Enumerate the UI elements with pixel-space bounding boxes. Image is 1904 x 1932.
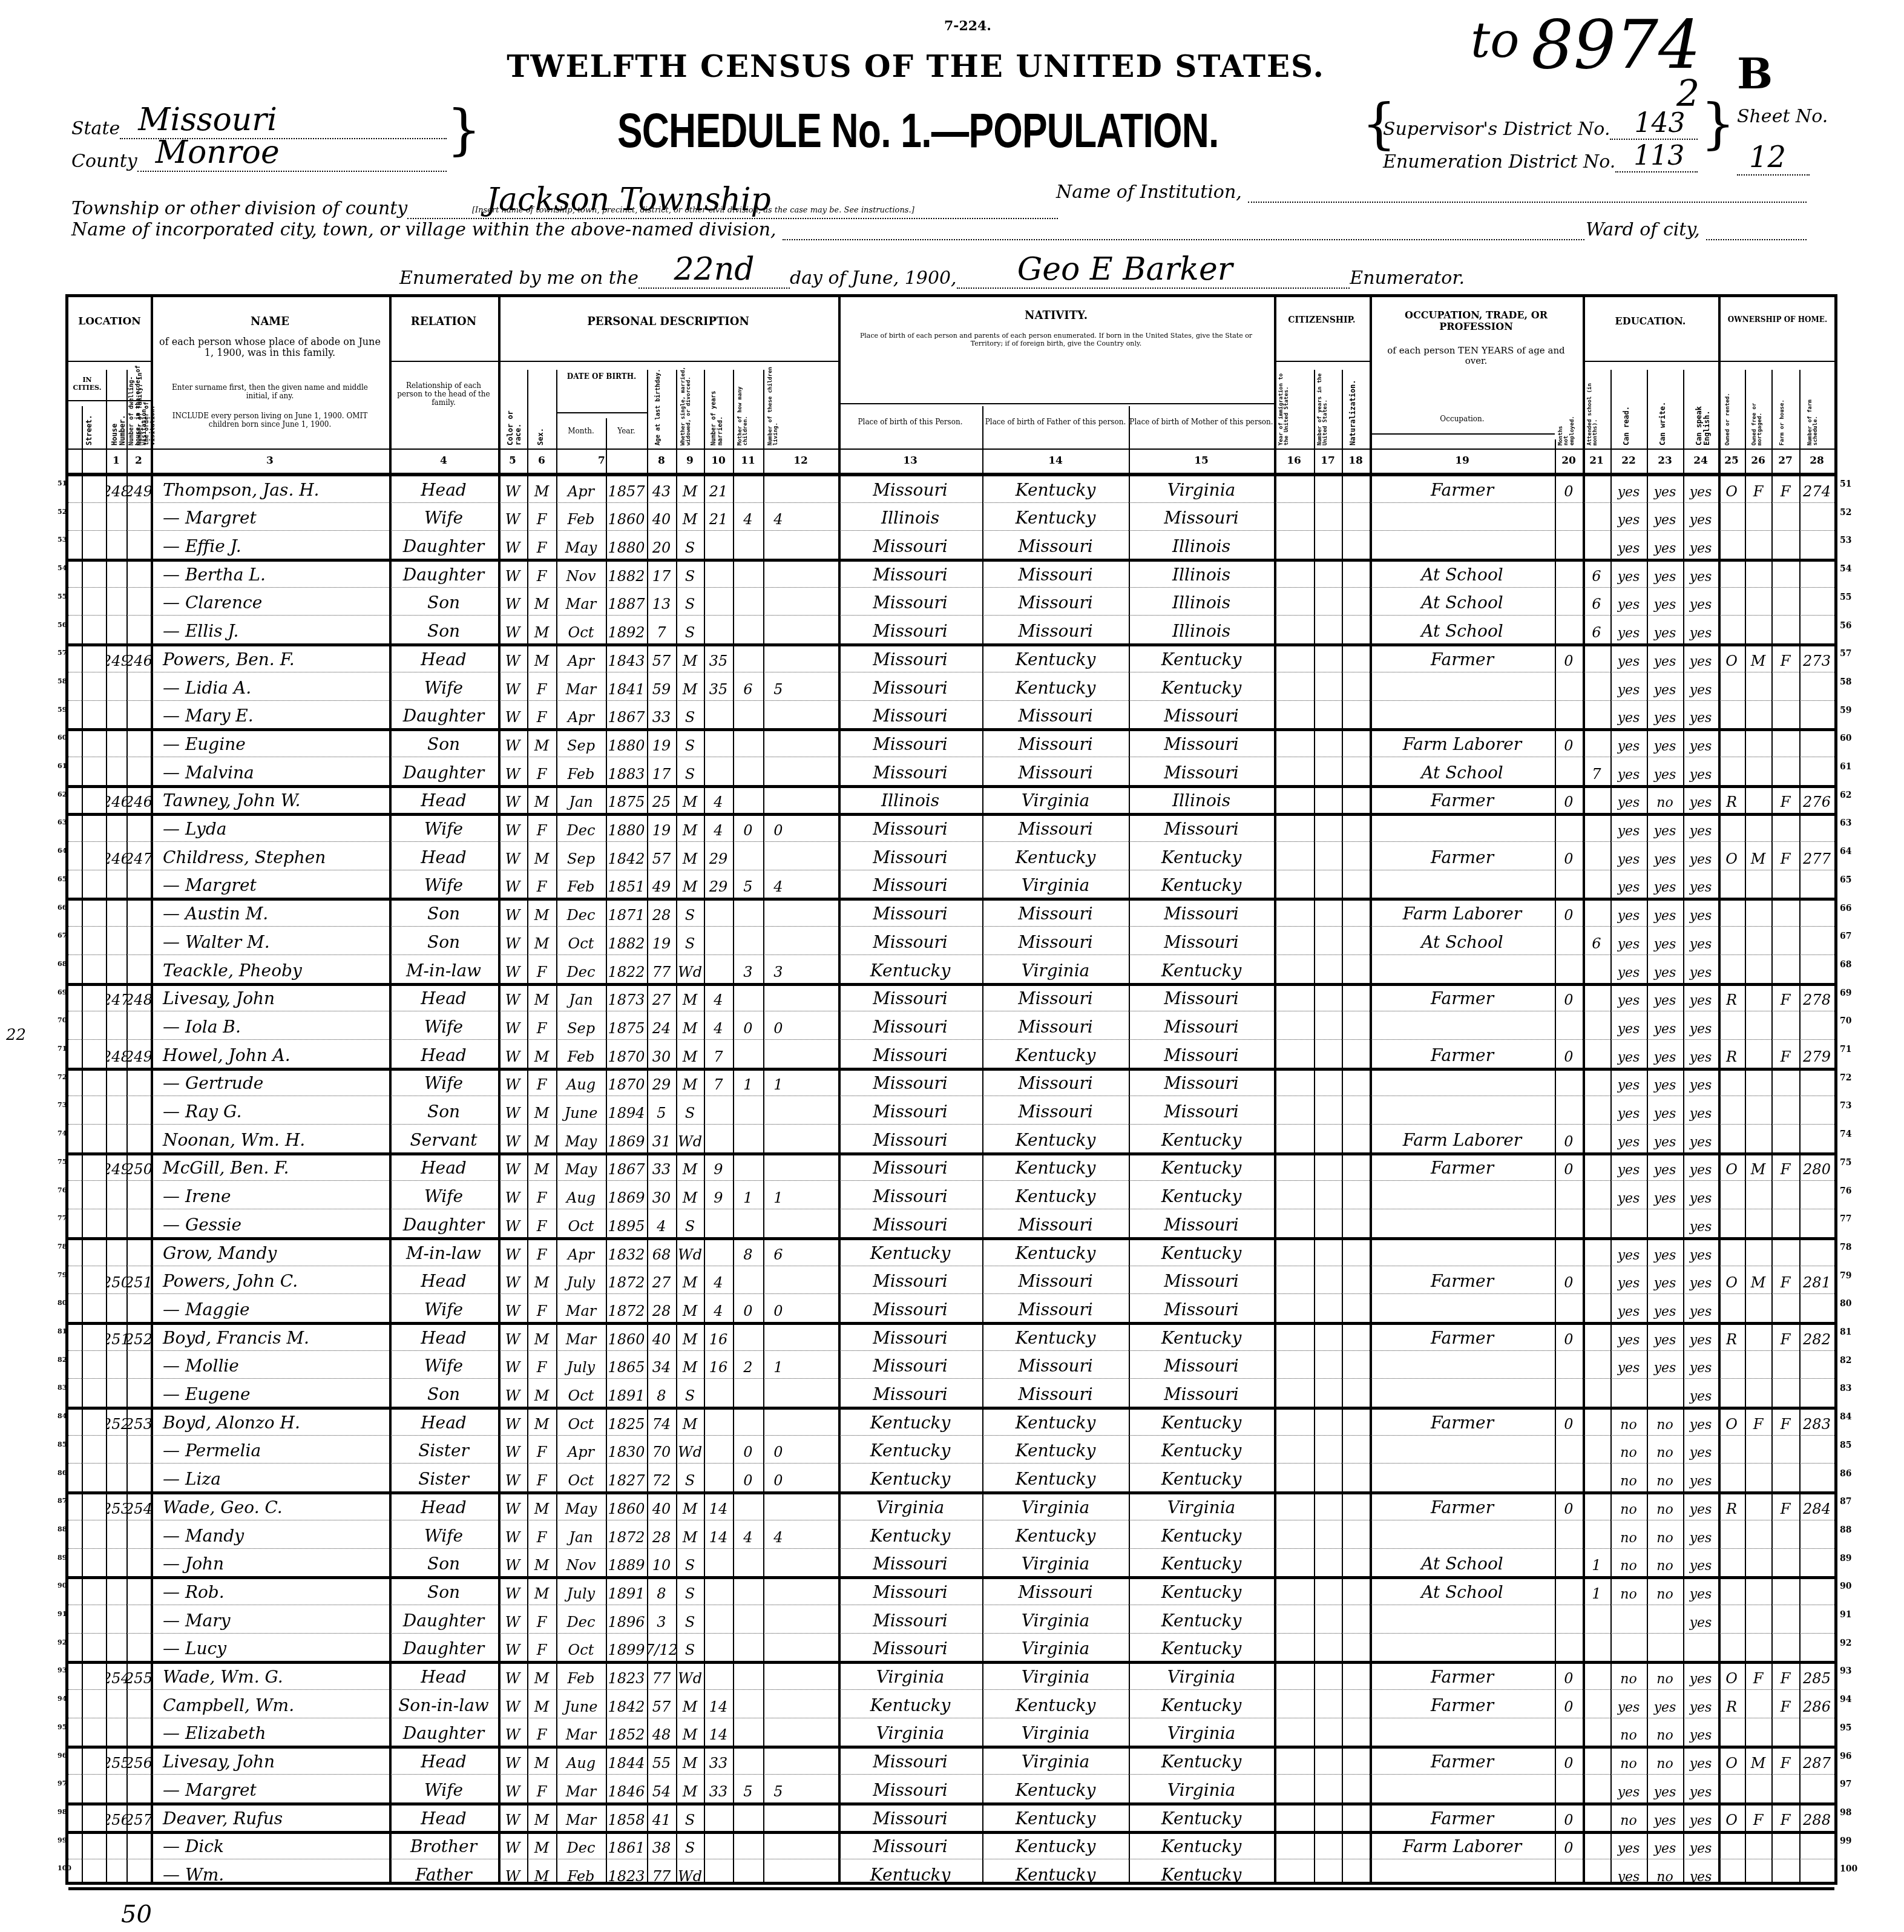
cell-free xyxy=(1745,1350,1771,1379)
margin-note-22: 22 xyxy=(6,1026,26,1044)
cell-family xyxy=(126,1464,151,1492)
cell-mother-of xyxy=(733,1039,763,1068)
cell-sex: F xyxy=(527,1237,556,1266)
cell-name: Powers, Ben. F. xyxy=(151,643,389,672)
cell-birth: Missouri xyxy=(838,1039,982,1068)
cell-occupation xyxy=(1370,1859,1555,1887)
grid-line xyxy=(498,361,838,362)
cell-sex: F xyxy=(527,1718,556,1746)
cell-write: yes xyxy=(1647,926,1683,954)
cell-birth: Missouri xyxy=(838,672,982,700)
cell-sex: F xyxy=(527,1633,556,1661)
cell-birth: Illinois xyxy=(838,502,982,531)
line-number: 75 xyxy=(1840,1158,1851,1168)
cell-unemployed xyxy=(1555,672,1583,700)
cell-sex: F xyxy=(527,870,556,898)
cell-unemployed: 0 xyxy=(1555,728,1583,757)
cell-sex: M xyxy=(527,841,556,870)
cell-mother: Virginia xyxy=(1129,1774,1274,1802)
cell-color: W xyxy=(498,643,527,672)
cell-family xyxy=(126,898,151,927)
column-number: 26 xyxy=(1745,455,1771,467)
cell-month: Sep xyxy=(556,1011,606,1039)
cell-relation: Head xyxy=(389,983,498,1011)
cell-yrs-married: 9 xyxy=(704,1152,733,1181)
cell-unemployed: 0 xyxy=(1555,1152,1583,1181)
cell-year: 1872 xyxy=(606,1266,647,1294)
cell-relation: Head xyxy=(389,1802,498,1831)
grid-line xyxy=(1274,361,1370,362)
cell-unemployed xyxy=(1555,1548,1583,1577)
cell-age: 48 xyxy=(647,1718,676,1746)
cell-schedule xyxy=(1799,1859,1834,1887)
cell-schedule xyxy=(1799,1350,1834,1379)
cell-dwelling: 247 xyxy=(106,983,126,1011)
header-year: Year. xyxy=(606,427,647,436)
cell-yrs-married: 16 xyxy=(704,1322,733,1350)
cell-color: W xyxy=(498,841,527,870)
cell-write: yes xyxy=(1647,1096,1683,1124)
cell-schedule: 274 xyxy=(1799,474,1834,502)
cell-color: W xyxy=(498,530,527,559)
cell-father: Missouri xyxy=(982,757,1129,785)
cell-sex: M xyxy=(527,1491,556,1520)
cell-name: Noonan, Wm. H. xyxy=(151,1124,389,1152)
table-row: — Lidia A.WifeWFMar184159M3565MissouriKe… xyxy=(68,672,1834,701)
cell-year: 1871 xyxy=(606,898,647,927)
cell-dwelling xyxy=(106,1435,126,1464)
cell-age: 72 xyxy=(647,1464,676,1492)
enumerated-suffix: day of June, 1900, xyxy=(790,268,957,289)
cell-english: yes xyxy=(1683,1039,1718,1068)
cell-school xyxy=(1583,1802,1610,1831)
cell-color: W xyxy=(498,983,527,1011)
line-number: 61 xyxy=(1840,762,1851,772)
cell-write: yes xyxy=(1647,1011,1683,1039)
cell-age: 57 xyxy=(647,841,676,870)
cell-schedule xyxy=(1799,1209,1834,1237)
cell-relation: Head xyxy=(389,1039,498,1068)
cell-english: yes xyxy=(1683,1124,1718,1152)
cell-marital: Wd xyxy=(676,954,704,983)
cell-month: Jan xyxy=(556,1520,606,1548)
cell-free xyxy=(1745,700,1771,729)
header-name-instr2: INCLUDE every person living on June 1, 1… xyxy=(159,412,381,429)
cell-owned xyxy=(1718,700,1745,729)
cell-name: — Rob. xyxy=(151,1576,389,1605)
cell-unemployed xyxy=(1555,530,1583,559)
cell-mother-of: 0 xyxy=(733,1293,763,1322)
cell-mother-of xyxy=(733,1209,763,1237)
cell-yrs-married: 14 xyxy=(704,1718,733,1746)
cell-write: yes xyxy=(1647,587,1683,616)
cell-name: — Iola B. xyxy=(151,1011,389,1039)
cell-write: yes xyxy=(1647,1068,1683,1096)
cell-write: yes xyxy=(1647,616,1683,644)
cell-family xyxy=(126,926,151,954)
column-number: 9 xyxy=(676,455,704,467)
cell-owned: O xyxy=(1718,1661,1745,1689)
cell-family xyxy=(126,1605,151,1633)
city-value xyxy=(783,239,1584,240)
cell-yrs-married: 4 xyxy=(704,813,733,841)
cell-dwelling xyxy=(106,1689,126,1718)
cell-mother-of xyxy=(733,1746,763,1775)
cell-living xyxy=(763,1209,793,1237)
line-number: 99 xyxy=(57,1836,67,1844)
cell-marital: S xyxy=(676,757,704,785)
header-free-mortgaged: Owned free or mortgaged. xyxy=(1752,367,1764,445)
cell-marital: S xyxy=(676,559,704,587)
cell-mother: Kentucky xyxy=(1129,1802,1274,1831)
cell-relation: Son xyxy=(389,587,498,616)
cell-yrs-married xyxy=(704,1237,733,1266)
cell-school xyxy=(1583,1859,1610,1887)
cell-occupation: Farmer xyxy=(1370,1266,1555,1294)
cell-mother: Virginia xyxy=(1129,474,1274,502)
cell-unemployed: 0 xyxy=(1555,898,1583,927)
cell-birth: Missouri xyxy=(838,1378,982,1407)
cell-family xyxy=(126,1096,151,1124)
cell-owned: O xyxy=(1718,474,1745,502)
cell-birth: Illinois xyxy=(838,785,982,813)
header-occupation: OCCUPATION, TRADE, OR PROFESSION xyxy=(1370,309,1583,332)
cell-relation: Wife xyxy=(389,1181,498,1209)
cell-unemployed: 0 xyxy=(1555,785,1583,813)
cell-dwelling: 249 xyxy=(106,643,126,672)
cell-family xyxy=(126,1293,151,1322)
cell-read: yes xyxy=(1610,474,1647,502)
cell-name: — John xyxy=(151,1548,389,1577)
cell-sex: M xyxy=(527,926,556,954)
grid-line xyxy=(838,403,1274,404)
cell-relation: Father xyxy=(389,1859,498,1887)
line-number: 87 xyxy=(57,1497,67,1505)
cell-school xyxy=(1583,502,1610,531)
cell-occupation: Farmer xyxy=(1370,1661,1555,1689)
cell-read: yes xyxy=(1610,983,1647,1011)
cell-father: Virginia xyxy=(982,1746,1129,1775)
cell-free xyxy=(1745,1378,1771,1407)
cell-farm: F xyxy=(1771,785,1799,813)
cell-occupation: Farmer xyxy=(1370,1407,1555,1435)
cell-relation: Son xyxy=(389,616,498,644)
cell-unemployed xyxy=(1555,1068,1583,1096)
cell-mother-of xyxy=(733,1124,763,1152)
cell-color: W xyxy=(498,1605,527,1633)
cell-sex: F xyxy=(527,1435,556,1464)
cell-write: yes xyxy=(1647,1266,1683,1294)
cell-schedule xyxy=(1799,1293,1834,1322)
cell-owned xyxy=(1718,870,1745,898)
cell-month: Dec xyxy=(556,954,606,983)
cell-birth: Kentucky xyxy=(838,1689,982,1718)
cell-yrs-married xyxy=(704,530,733,559)
cell-unemployed: 0 xyxy=(1555,1802,1583,1831)
cell-family: 251 xyxy=(126,1266,151,1294)
cell-relation: Head xyxy=(389,1152,498,1181)
line-numbers-left: 5152535455565758596061626364656667686970… xyxy=(57,471,70,1887)
cell-unemployed: 0 xyxy=(1555,643,1583,672)
cell-month: Apr xyxy=(556,1435,606,1464)
cell-relation: Wife xyxy=(389,1520,498,1548)
cell-free: F xyxy=(1745,474,1771,502)
cell-write: no xyxy=(1647,1746,1683,1775)
cell-school xyxy=(1583,1407,1610,1435)
cell-mother: Kentucky xyxy=(1129,643,1274,672)
cell-birth: Missouri xyxy=(838,530,982,559)
cell-yrs-married: 29 xyxy=(704,870,733,898)
cell-write: no xyxy=(1647,1661,1683,1689)
grid-line xyxy=(1583,361,1837,362)
cell-family xyxy=(126,559,151,587)
line-number: 61 xyxy=(57,762,67,770)
line-number: 100 xyxy=(1840,1864,1857,1874)
cell-color: W xyxy=(498,1266,527,1294)
grid-line xyxy=(389,361,498,362)
sheet-label: Sheet No. xyxy=(1737,106,1828,127)
table-row: — MaryDaughterWFDec18963SMissouriVirgini… xyxy=(68,1605,1834,1634)
cell-farm xyxy=(1771,1605,1799,1633)
cell-write: yes xyxy=(1647,502,1683,531)
cell-father: Missouri xyxy=(982,1350,1129,1379)
cell-age: 41 xyxy=(647,1802,676,1831)
line-number: 70 xyxy=(1840,1016,1851,1026)
grid-line xyxy=(68,361,151,362)
header-children-living: Number of these children living. xyxy=(768,364,780,445)
header-mother-children: Mother of how many children. xyxy=(738,364,749,445)
cell-month: Oct xyxy=(556,926,606,954)
line-number: 80 xyxy=(57,1299,67,1307)
cell-month: Mar xyxy=(556,1322,606,1350)
cell-owned xyxy=(1718,1350,1745,1379)
cell-schedule: 280 xyxy=(1799,1152,1834,1181)
cell-schedule: 286 xyxy=(1799,1689,1834,1718)
cell-year: 1883 xyxy=(606,757,647,785)
cell-mother-of: 5 xyxy=(733,1774,763,1802)
cell-month: Jan xyxy=(556,785,606,813)
cell-unemployed xyxy=(1555,587,1583,616)
cell-sex: M xyxy=(527,785,556,813)
cell-living xyxy=(763,1407,793,1435)
cell-year: 1843 xyxy=(606,643,647,672)
cell-color: W xyxy=(498,898,527,927)
cell-mother: Kentucky xyxy=(1129,1605,1274,1633)
cell-owned xyxy=(1718,813,1745,841)
cell-occupation: At School xyxy=(1370,757,1555,785)
cell-living: 1 xyxy=(763,1350,793,1379)
cell-yrs-married: 7 xyxy=(704,1068,733,1096)
table-row: — MollieWifeWFJuly186534M1621MissouriMis… xyxy=(68,1350,1834,1379)
cell-living xyxy=(763,1124,793,1152)
cell-schedule: 284 xyxy=(1799,1491,1834,1520)
cell-owned xyxy=(1718,1293,1745,1322)
column-number: 13 xyxy=(838,455,982,467)
cell-school xyxy=(1583,954,1610,983)
cell-yrs-married: 21 xyxy=(704,474,733,502)
cell-mother: Kentucky xyxy=(1129,1464,1274,1492)
cell-farm: F xyxy=(1771,1322,1799,1350)
line-number: 96 xyxy=(57,1752,67,1759)
table-row: 249246Powers, Ben. F.HeadWMApr184357M35M… xyxy=(68,643,1834,672)
cell-father: Missouri xyxy=(982,1068,1129,1096)
cell-occupation: At School xyxy=(1370,616,1555,644)
cell-father: Kentucky xyxy=(982,1464,1129,1492)
cell-family: 246 xyxy=(126,643,151,672)
cell-family: 250 xyxy=(126,1152,151,1181)
cell-school xyxy=(1583,1237,1610,1266)
cell-owned xyxy=(1718,1774,1745,1802)
cell-owned xyxy=(1718,1237,1745,1266)
cell-farm xyxy=(1771,616,1799,644)
cell-dwelling xyxy=(106,1124,126,1152)
cell-mother: Kentucky xyxy=(1129,1746,1274,1775)
cell-family: 256 xyxy=(126,1746,151,1775)
cell-owned: O xyxy=(1718,1746,1745,1775)
cell-occupation: Farm Laborer xyxy=(1370,1831,1555,1859)
cell-year: 1880 xyxy=(606,728,647,757)
cell-age: 8 xyxy=(647,1576,676,1605)
cell-sex: F xyxy=(527,1068,556,1096)
cell-free xyxy=(1745,898,1771,927)
cell-dwelling xyxy=(106,1068,126,1096)
table-row: 254255Wade, Wm. G.HeadWMFeb182377WdVirgi… xyxy=(68,1661,1834,1690)
line-number: 98 xyxy=(57,1808,67,1816)
cell-english: yes xyxy=(1683,1520,1718,1548)
cell-year: 1880 xyxy=(606,813,647,841)
cell-mother: Virginia xyxy=(1129,1491,1274,1520)
cell-read: yes xyxy=(1610,530,1647,559)
cell-living xyxy=(763,1096,793,1124)
table-row: 252253Boyd, Alonzo H.HeadWMOct182574MKen… xyxy=(68,1407,1834,1436)
line-number: 95 xyxy=(57,1723,67,1731)
cell-dwelling xyxy=(106,813,126,841)
cell-schedule xyxy=(1799,1096,1834,1124)
cell-farm: F xyxy=(1771,1661,1799,1689)
cell-owned xyxy=(1718,672,1745,700)
cell-yrs-married xyxy=(704,1661,733,1689)
column-number: 16 xyxy=(1274,455,1314,467)
cell-birth: Missouri xyxy=(838,1548,982,1577)
line-number: 90 xyxy=(1840,1582,1851,1591)
cell-sex: F xyxy=(527,502,556,531)
cell-mother: Illinois xyxy=(1129,559,1274,587)
cell-family xyxy=(126,728,151,757)
cell-family xyxy=(126,502,151,531)
cell-father: Missouri xyxy=(982,1378,1129,1407)
cell-yrs-married xyxy=(704,1124,733,1152)
cell-yrs-married: 4 xyxy=(704,1293,733,1322)
cell-owned: O xyxy=(1718,1266,1745,1294)
line-number: 69 xyxy=(57,988,67,996)
header-in-cities: IN CITIES. xyxy=(68,376,106,392)
cell-color: W xyxy=(498,1718,527,1746)
header-school: Attended school (in months). xyxy=(1587,367,1599,445)
grid-line xyxy=(68,448,1834,450)
cell-unemployed: 0 xyxy=(1555,841,1583,870)
table-row: — Ray G.SonWMJune18945SMissouriMissouriM… xyxy=(68,1096,1834,1125)
cell-unemployed xyxy=(1555,1011,1583,1039)
cell-schedule: 273 xyxy=(1799,643,1834,672)
cell-owned xyxy=(1718,530,1745,559)
cell-relation: Wife xyxy=(389,502,498,531)
cell-yrs-married xyxy=(704,1096,733,1124)
cell-dwelling xyxy=(106,1774,126,1802)
cell-living xyxy=(763,1266,793,1294)
cell-birth: Missouri xyxy=(838,1802,982,1831)
cell-yrs-married xyxy=(704,1407,733,1435)
cell-english: yes xyxy=(1683,1576,1718,1605)
cell-dwelling: 251 xyxy=(106,1322,126,1350)
line-number: 76 xyxy=(1840,1186,1851,1196)
cell-year: 1822 xyxy=(606,954,647,983)
header-birth-person: Place of birth of this Person. xyxy=(838,418,982,427)
line-number: 59 xyxy=(57,706,67,714)
cell-school: 6 xyxy=(1583,616,1610,644)
cell-sex: F xyxy=(527,1464,556,1492)
cell-year: 1857 xyxy=(606,474,647,502)
cell-unemployed: 0 xyxy=(1555,1124,1583,1152)
table-row: 246246Tawney, John W.HeadWMJan187525M4Il… xyxy=(68,785,1834,816)
cell-sex: F xyxy=(527,530,556,559)
line-number: 100 xyxy=(57,1864,71,1872)
cell-name: — Maggie xyxy=(151,1293,389,1322)
cell-school xyxy=(1583,1293,1610,1322)
cell-relation: Daughter xyxy=(389,1209,498,1237)
cell-write: yes xyxy=(1647,643,1683,672)
cell-mother-of: 1 xyxy=(733,1181,763,1209)
cell-sex: F xyxy=(527,1293,556,1322)
header-date-of-birth: DATE OF BIRTH. xyxy=(556,373,647,381)
population-table: LOCATION IN CITIES. NAME of each person … xyxy=(65,294,1837,1885)
cell-marital: M xyxy=(676,672,704,700)
cell-relation: Daughter xyxy=(389,700,498,729)
cell-sex: F xyxy=(527,1605,556,1633)
cell-sex: M xyxy=(527,1689,556,1718)
cell-read: yes xyxy=(1610,672,1647,700)
line-number: 88 xyxy=(1840,1525,1851,1535)
cell-year: 1895 xyxy=(606,1209,647,1237)
cell-unemployed xyxy=(1555,1378,1583,1407)
cell-yrs-married xyxy=(704,559,733,587)
cell-relation: Wife xyxy=(389,870,498,898)
cell-english: yes xyxy=(1683,1209,1718,1237)
cell-mother-of xyxy=(733,785,763,813)
cell-birth: Missouri xyxy=(838,700,982,729)
table-row: — ClarenceSonWMMar188713SMissouriMissour… xyxy=(68,587,1834,616)
cell-marital: M xyxy=(676,1689,704,1718)
cell-sex: M xyxy=(527,1096,556,1124)
cell-family xyxy=(126,1633,151,1661)
cell-farm xyxy=(1771,1378,1799,1407)
cell-owned xyxy=(1718,926,1745,954)
cell-read: yes xyxy=(1610,1237,1647,1266)
cell-marital: M xyxy=(676,643,704,672)
cell-family xyxy=(126,1774,151,1802)
cell-family xyxy=(126,1378,151,1407)
table-row: — Iola B.WifeWFSep187524M400MissouriMiss… xyxy=(68,1011,1834,1040)
line-number: 87 xyxy=(1840,1497,1851,1506)
cell-marital: M xyxy=(676,1718,704,1746)
cell-relation: Sister xyxy=(389,1464,498,1492)
cell-owned xyxy=(1718,1605,1745,1633)
cell-year: 1889 xyxy=(606,1548,647,1577)
cell-relation: Son xyxy=(389,1096,498,1124)
cell-marital: M xyxy=(676,1181,704,1209)
cell-yrs-married: 16 xyxy=(704,1350,733,1379)
cell-family: 255 xyxy=(126,1661,151,1689)
cell-relation: Son xyxy=(389,926,498,954)
